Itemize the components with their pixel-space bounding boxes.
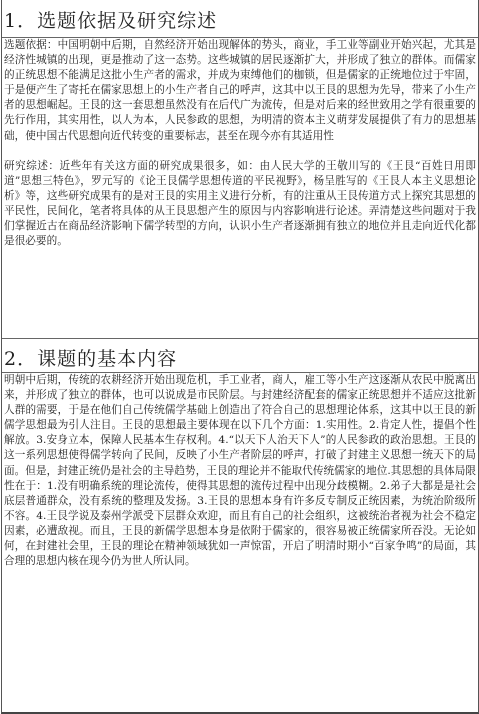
section-1-header: 1．选题依据及研究综述 <box>2 0 478 38</box>
selection-basis-paragraph: 选题依据：中国明朝中后期，自然经济开始出现解体的势头，商业，手工业等副业开始兴起… <box>2 38 478 144</box>
section-2-title: 2．课题的基本内容 <box>4 344 177 371</box>
section-2-header: 2．课题的基本内容 <box>2 339 478 373</box>
paragraph-spacer <box>2 144 478 159</box>
document-page: 1．选题依据及研究综述 选题依据：中国明朝中后期，自然经济开始出现解体的势头，商… <box>1 0 479 714</box>
basic-content-paragraph: 明朝中后期，传统的农耕经济开始出现危机，手工业者，商人，雇工等小生产这逐渐从农民… <box>2 373 478 569</box>
section-2-body: 明朝中后期，传统的农耕经济开始出现危机，手工业者，商人，雇工等小生产这逐渐从农民… <box>2 373 478 711</box>
research-review-paragraph: 研究综述：近些年有关这方面的研究成果很多，如：由人民大学的王敬川写的《王艮“百姓… <box>2 159 478 250</box>
section-1-title: 1．选题依据及研究综述 <box>4 6 217 33</box>
section-1-body: 选题依据：中国明朝中后期，自然经济开始出现解体的势头，商业，手工业等副业开始兴起… <box>2 38 478 339</box>
